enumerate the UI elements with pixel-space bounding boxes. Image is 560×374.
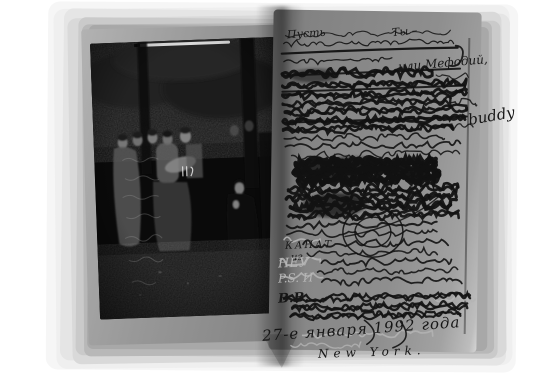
- handwriting-fragment: КАНАТ: [285, 240, 334, 252]
- place-inscription: New York.: [318, 344, 426, 360]
- handwriting-fragment: Ты –: [391, 25, 417, 39]
- notebook-photograph: Пусть Ты – или Мефодий, buddy КАНАТ из Н…: [0, 0, 560, 374]
- handwriting-ghost-fragment: НЕУ: [278, 256, 309, 270]
- handwriting-fragment: В.В.: [278, 291, 310, 306]
- handwriting-ghost-fragment: P.S. И: [278, 271, 314, 284]
- handwriting-fragment: Пусть: [287, 27, 326, 41]
